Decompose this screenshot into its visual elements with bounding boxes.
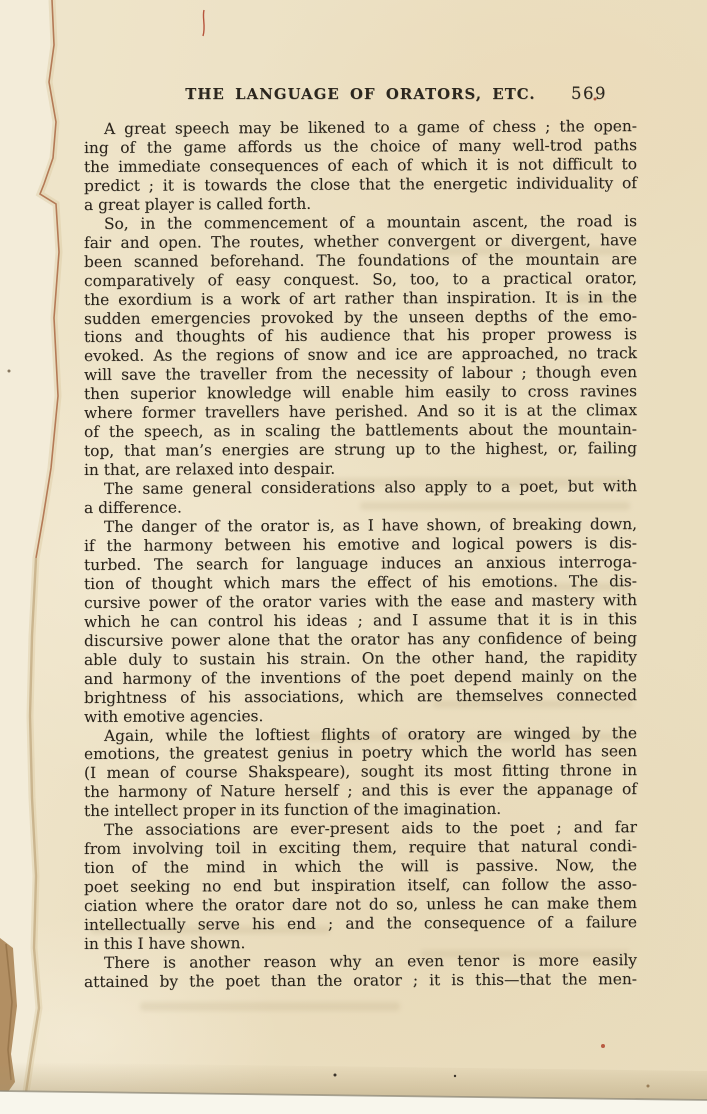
text-line: attained by the poet than the orator ; i…: [84, 970, 637, 992]
paragraph: The same general considerations also app…: [84, 477, 637, 518]
page-header: THE LANGUAGE OF ORATORS, ETC. 569: [84, 86, 637, 106]
text-line: able duly to sustain his strain. On the …: [84, 648, 637, 670]
text-line: which he can control his ideas ; and I a…: [84, 610, 637, 632]
scanned-book-page: THE LANGUAGE OF ORATORS, ETC. 569 A grea…: [0, 0, 707, 1114]
text-line: top, that man’s energies are strung up t…: [84, 439, 637, 461]
text-line: The same general considerations also app…: [84, 477, 637, 499]
text-line: So, in the commencement of a mountain as…: [84, 212, 637, 234]
text-line: discursive power alone that the orator h…: [84, 629, 637, 651]
body-text: A great speech may be likened to a game …: [84, 117, 637, 992]
text-line: been scanned beforehand. The foundations…: [84, 250, 637, 272]
text-line: brightness of his associations, which ar…: [84, 686, 637, 708]
text-line: predict ; it is towards the close that t…: [84, 174, 637, 196]
text-line: comparatively of easy conquest. So, too,…: [84, 269, 637, 291]
paragraph: So, in the commencement of a mountain as…: [84, 212, 637, 480]
paragraph: Again, while the loftiest flights of ora…: [84, 724, 637, 822]
paragraph: The associations are ever-present aids t…: [84, 818, 637, 954]
text-line: cursive power of the orator varies with …: [84, 591, 637, 613]
running-header-title: THE LANGUAGE OF ORATORS, ETC.: [84, 86, 637, 103]
printed-text-block: THE LANGUAGE OF ORATORS, ETC. 569 A grea…: [84, 86, 637, 992]
text-line: and harmony of the inventions of the poe…: [84, 667, 637, 689]
page-number: 569: [571, 84, 607, 103]
text-line: the harmony of Nature herself ; and this…: [84, 780, 637, 802]
paragraph: The danger of the orator is, as I have s…: [84, 515, 637, 726]
paragraph: There is another reason why an even teno…: [84, 951, 637, 992]
paragraph: A great speech may be likened to a game …: [84, 117, 637, 215]
text-line: the exordium is a work of art rather tha…: [84, 288, 637, 310]
text-line: fair and open. The routes, whether conve…: [84, 231, 637, 253]
text-line: intellectually serve his end ; and the c…: [84, 913, 637, 935]
